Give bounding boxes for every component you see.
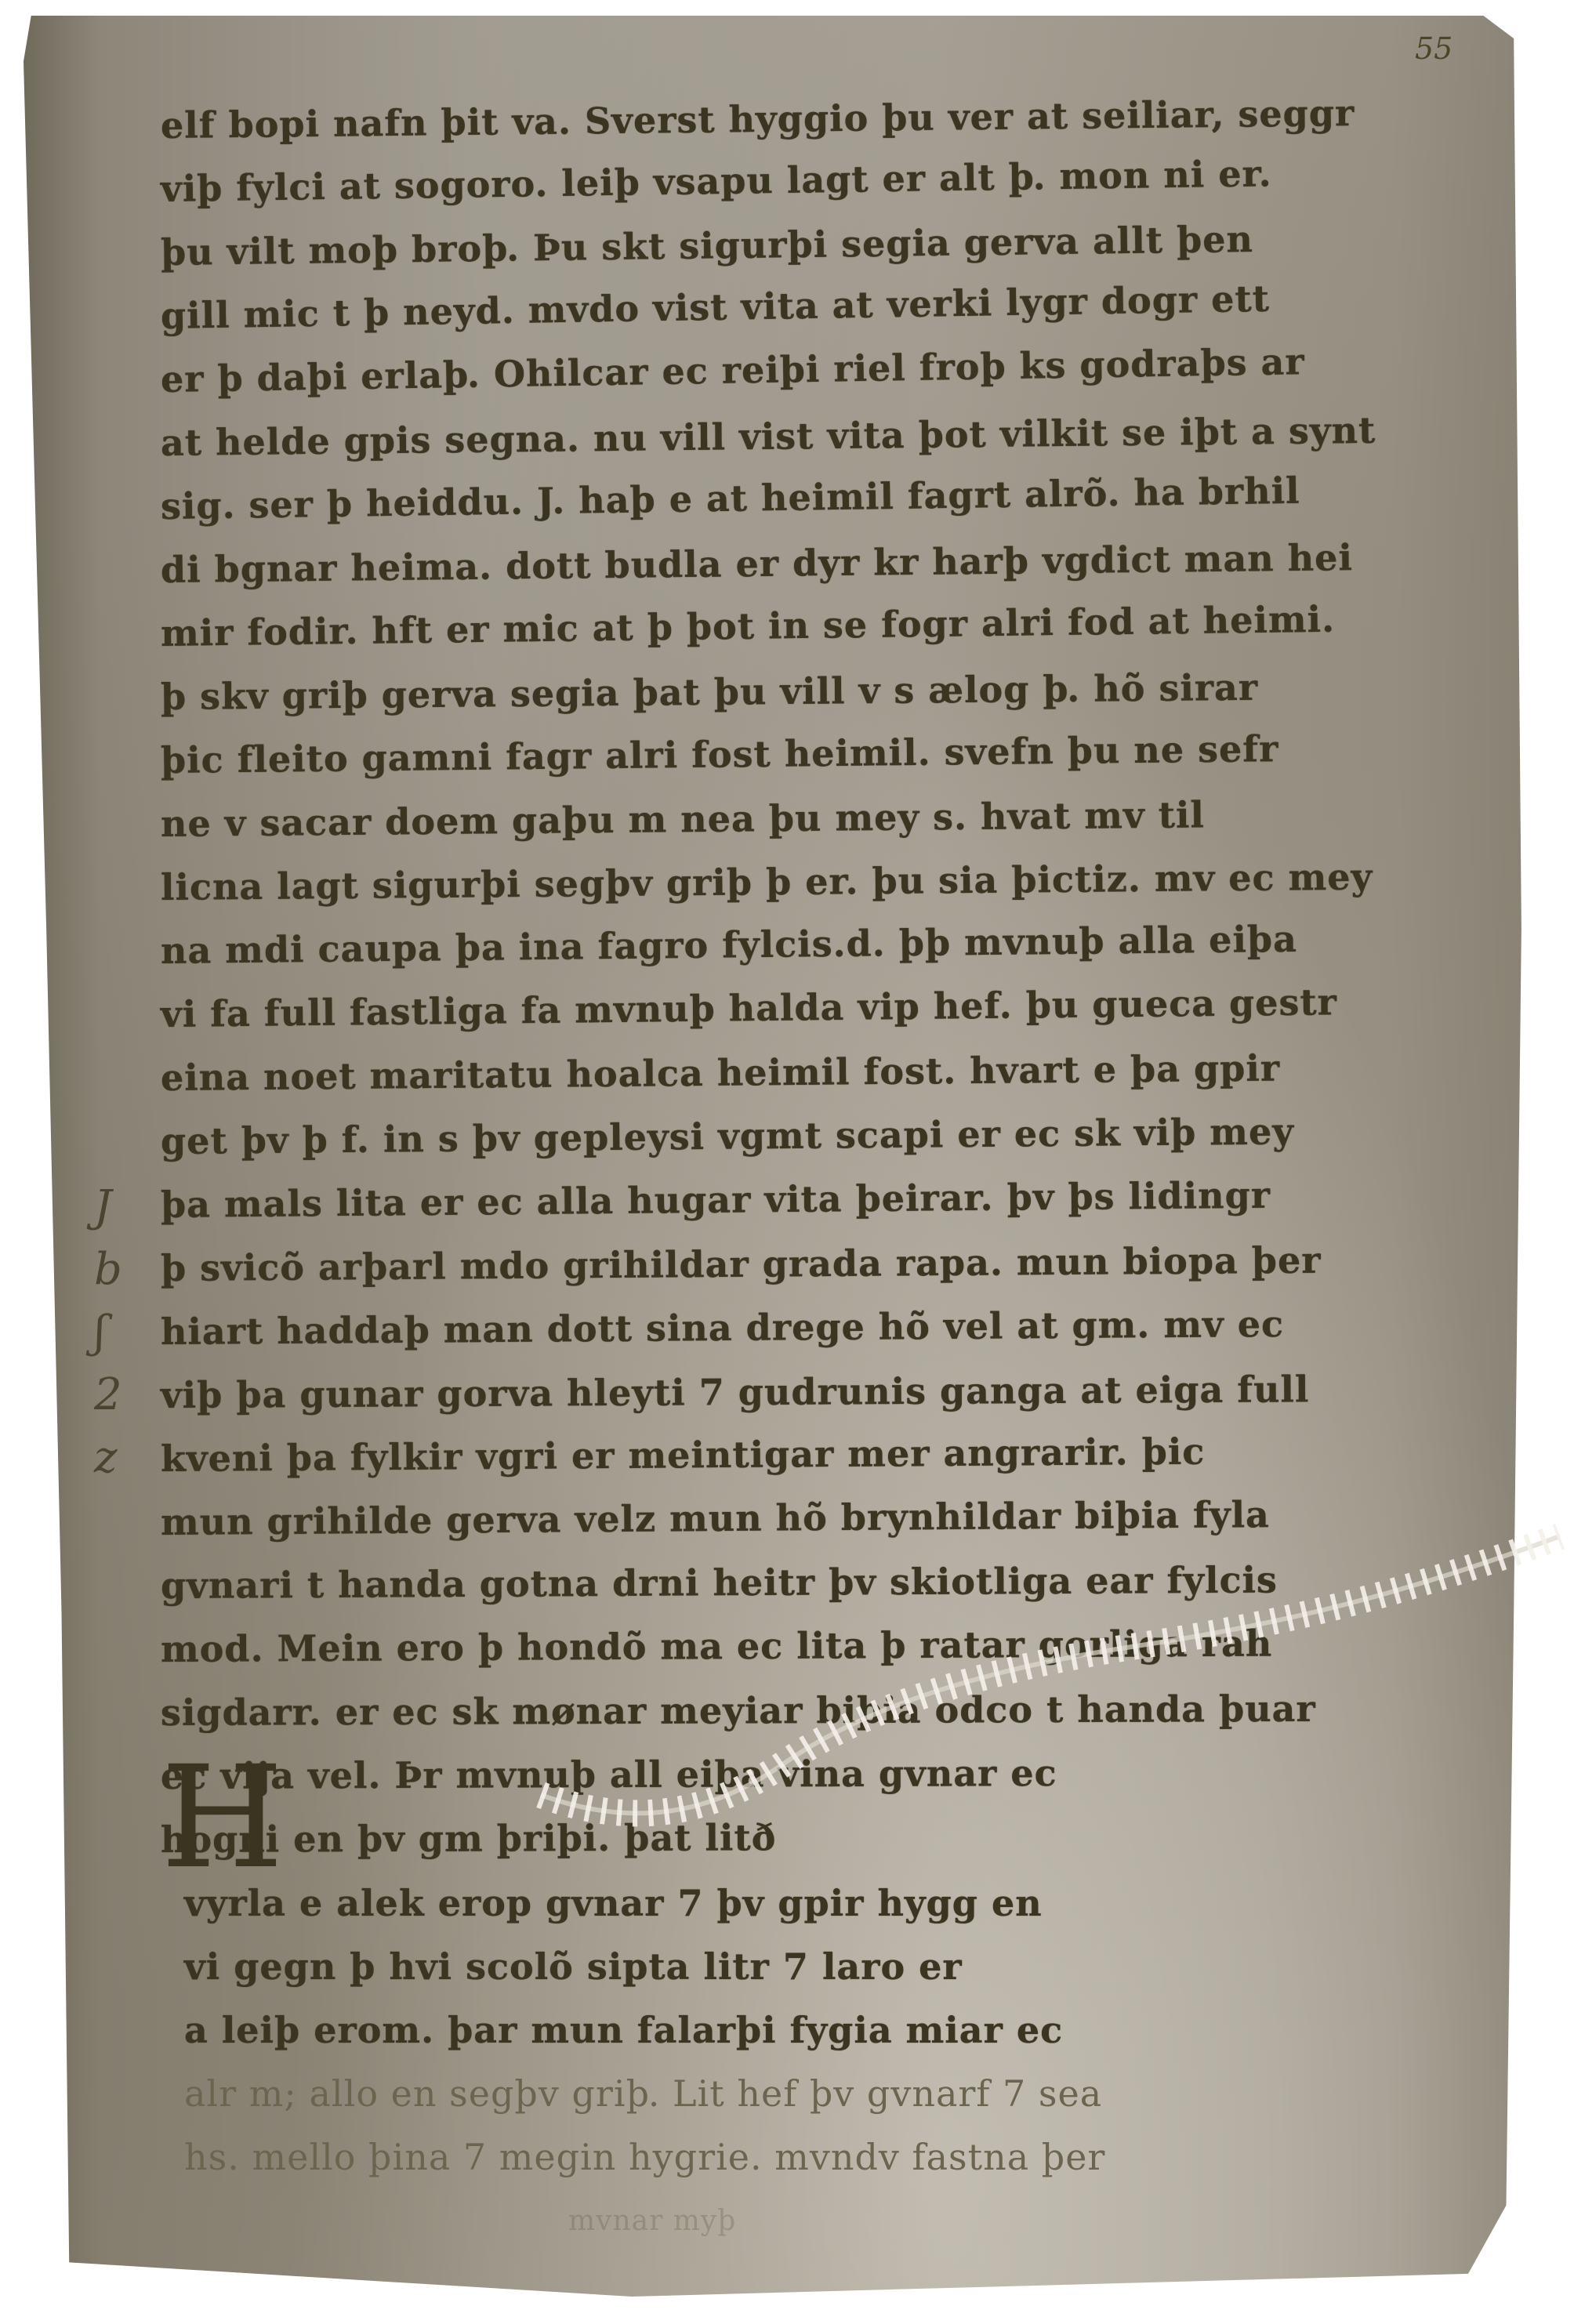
manuscript-line: ec vija vel. Þr mvnuþ all eiþa vina gvna… bbox=[161, 1740, 1493, 1808]
margin-glyph: 2 bbox=[94, 1364, 180, 1427]
manuscript-line: þa mals lita er ec alla hugar vita þeira… bbox=[161, 1162, 1494, 1237]
folio-number: 55 bbox=[1415, 31, 1453, 66]
manuscript-line: a leiþ erom. þar mun falarþi fygia miar … bbox=[161, 1999, 1493, 2062]
manuscript-line: þ svicõ arþarl mdo grihildar grada rapa.… bbox=[161, 1227, 1494, 1300]
manuscript-line: þic fleito gamni fagr alri fost heimil. … bbox=[161, 715, 1494, 792]
manuscript-line: kveni þa fylkir vgri er meintigar mer an… bbox=[161, 1418, 1494, 1491]
manuscript-line: hs. mello þina 7 megin hygrie. mvndv fas… bbox=[161, 2126, 1493, 2189]
manuscript-line: get þv þ f. in s þv gepleysi vgmt scapi … bbox=[161, 1098, 1494, 1173]
manuscript-line: mun grihilde gerva velz mun hõ brynhilda… bbox=[161, 1481, 1494, 1554]
margin-glyph: ʃ bbox=[94, 1301, 180, 1364]
manuscript-line: eina noet maritatu hoalca heimil fost. h… bbox=[161, 1035, 1494, 1110]
margin-annotation: J b ʃ 2 z bbox=[94, 1176, 180, 1505]
margin-glyph: b bbox=[94, 1238, 180, 1301]
manuscript-line: hiart haddaþ man dott sina drege hõ vel … bbox=[161, 1291, 1494, 1364]
manuscript-line: viþ þa gunar gorva hleyti 7 gudrunis gan… bbox=[161, 1357, 1493, 1427]
manuscript-line: mvnar myþ bbox=[161, 2189, 1493, 2253]
manuscript-line: gvnari t handa gotna drni heitr þv skiot… bbox=[161, 1547, 1493, 1618]
manuscript-line: ne v sacar doem gaþu m nea þu mey s. hva… bbox=[161, 781, 1494, 856]
manuscript-line: vi gegn þ hvi scolõ sipta litr 7 laro er bbox=[161, 1935, 1493, 1999]
margin-glyph: z bbox=[94, 1427, 180, 1489]
manuscript-line: hogni en þv gm þriþi. þat litð bbox=[161, 1804, 1493, 1872]
manuscript-text-block: elf bopi nafn þit va. Sverst hyggio þu v… bbox=[161, 94, 1493, 2253]
manuscript-line: vi fa full fastliga fa mvnuþ halda vip h… bbox=[161, 969, 1494, 1046]
manuscript-line: alr m; allo en segþv griþ. Lit hef þv gv… bbox=[161, 2062, 1493, 2126]
manuscript-line: mod. Mein ero þ hondõ ma ec lita þ ratar… bbox=[161, 1611, 1493, 1681]
manuscript-line: sigdarr. er ec sk mønar meyiar biþia odc… bbox=[161, 1677, 1493, 1745]
margin-glyph: J bbox=[94, 1176, 180, 1238]
decorated-initial-letter: H bbox=[161, 1736, 284, 1900]
manuscript-line: vyrla e alek erop gvnar 7 þv gpir hygg e… bbox=[161, 1872, 1493, 1935]
